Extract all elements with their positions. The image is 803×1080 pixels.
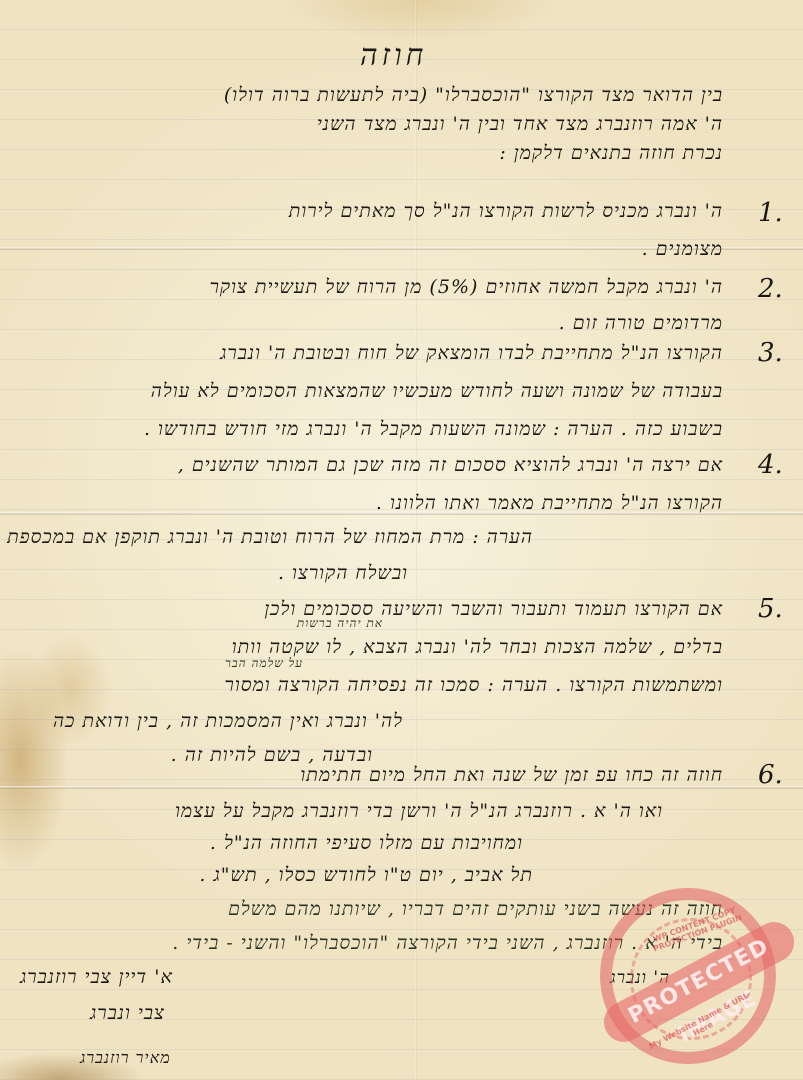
clause-line: בדלים , שלמה הצכות ובחר לה' ונברג הצבא ,…: [232, 636, 723, 659]
clause-number: 4.: [758, 450, 783, 480]
clause-line: אם ירצה ה' ונברג להוציא ססכום זה מזה שכן…: [178, 454, 723, 477]
clause-number: 3.: [758, 338, 783, 368]
clause-line: לה' ונברג ואין המסמכות זה , בין ודואת כה: [53, 710, 403, 733]
interlinear-insertion: על שלמה הבר: [225, 656, 303, 671]
clause-line: הקורצו הנ"ל מתחייבת מאמר ואתו הלוונו .: [376, 492, 723, 515]
interlinear-insertion: את יהיה ברשות: [297, 616, 383, 631]
clause-number: 2.: [758, 274, 783, 304]
clause-line: חוזה זה כחו עפ זמן של שנה ואת החל מיום ח…: [300, 764, 723, 787]
clause-note: ובשלח הקורצו .: [278, 562, 408, 585]
clause-number: 6.: [758, 760, 783, 790]
clause-line: ה' ונברג מקבל חמשה אחוזים (5%) מן הרוח ש…: [210, 276, 723, 299]
clause-line: ומשתמשות הקורצו . הערה : סמכו זה נפסיחה …: [225, 674, 723, 697]
clause-number: 5.: [758, 594, 783, 624]
signature: א' דיין צבי רוזנברג: [20, 966, 173, 989]
clause-line: ואו ה' א . רוזנברג הנ"ל ה' ורשן בדי רוזנ…: [175, 800, 663, 823]
clause-line: בעבודה של שמונה ושעה לחודש מעכשיו שהמצאו…: [151, 380, 723, 403]
signature: מאיר רוזנברג: [80, 1048, 171, 1068]
clause-note: הערה : מרת המחוז של הרוח וטובת ה' ונברג …: [0, 526, 533, 549]
signature: צבי ונברג: [90, 1002, 165, 1025]
clause-line: ומחויבות עם מזלו סעיפי החוזה הנ"ל .: [210, 832, 523, 855]
clause-line: מצומנים .: [642, 238, 723, 261]
preamble-line: בין הדואר מצד הקורצו "הוכסברלו" (ביה לתע…: [224, 84, 723, 107]
preamble-line: נכרת חוזה בתנאים דלקמן :: [499, 142, 723, 165]
date-line: תל אביב , יום ט"ו לחודש כסלו , תש"ג .: [199, 864, 533, 887]
clause-number: 1.: [758, 198, 783, 228]
clause-line: ה' ונברג מכניס לרשות הקורצו הנ"ל סך מאתי…: [289, 200, 723, 223]
preamble-line: ה' אמה רוזנברג מצד אחד ובין ה' ונברג מצד…: [317, 113, 723, 136]
document-title: חוזה: [360, 38, 427, 73]
clause-line: בשבוע כזה . הערה : שמונה השעות מקבל ה' ו…: [144, 418, 723, 441]
clause-line: הקורצו הנ"ל מתחייבת לבדו הומצאק של חוח ו…: [220, 342, 723, 365]
clause-line: מרדומים טורה זום .: [559, 312, 723, 335]
protected-image-watermark: WP CONTENT COPY PROTECTION PLUGIN PROTEC…: [600, 888, 776, 1064]
